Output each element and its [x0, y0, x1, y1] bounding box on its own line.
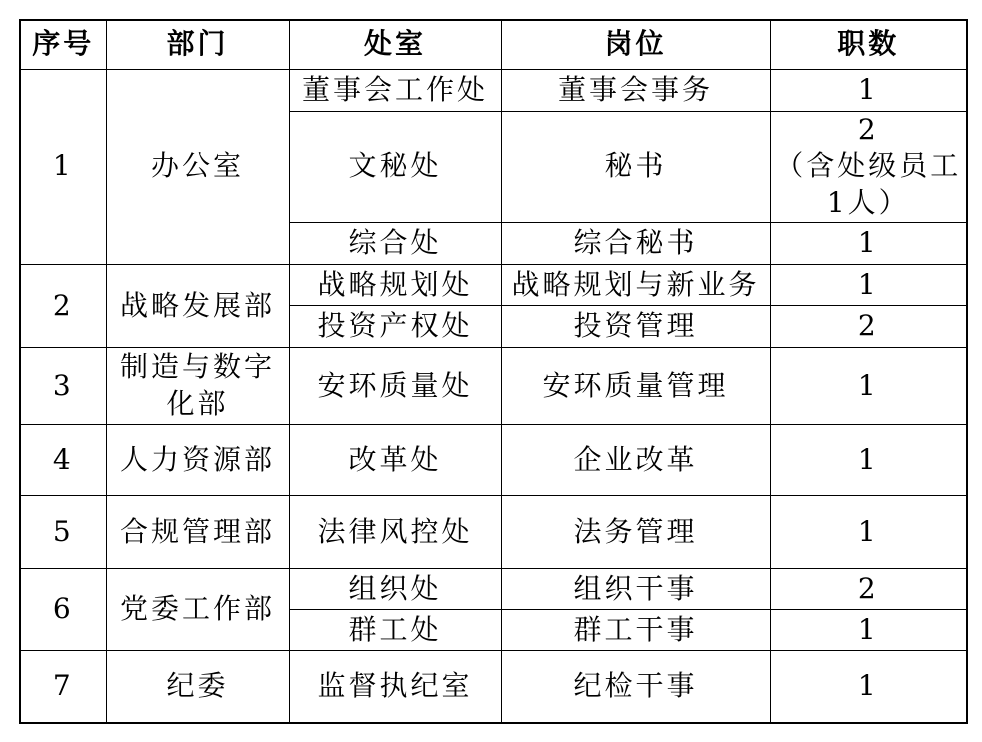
cell-department: 纪委 [106, 651, 289, 723]
cell-position: 企业改革 [501, 425, 770, 496]
table-row: 7 纪委 监督执纪室 纪检干事 1 [20, 651, 967, 723]
cell-no: 7 [20, 651, 106, 723]
cell-position: 组织干事 [501, 569, 770, 610]
staffing-table: 序号 部门 处室 岗位 职数 1 办公室 董事会工作处 董事会事务 1 文秘处 … [19, 19, 968, 724]
cell-no: 4 [20, 425, 106, 496]
cell-count: 1 [770, 348, 967, 425]
cell-no: 2 [20, 265, 106, 348]
header-cell-department: 部门 [106, 20, 289, 69]
table-row: 1 办公室 董事会工作处 董事会事务 1 [20, 69, 967, 111]
cell-count: 1 [770, 651, 967, 723]
cell-office: 法律风控处 [289, 496, 501, 569]
cell-count: 2 [770, 569, 967, 610]
cell-position: 董事会事务 [501, 69, 770, 111]
table-row: 3 制造与数字化部 安环质量处 安环质量管理 1 [20, 348, 967, 425]
cell-department: 制造与数字化部 [106, 348, 289, 425]
table-row: 2 战略发展部 战略规划处 战略规划与新业务 1 [20, 265, 967, 306]
document-page: 序号 部门 处室 岗位 职数 1 办公室 董事会工作处 董事会事务 1 文秘处 … [19, 19, 968, 724]
cell-office: 董事会工作处 [289, 69, 501, 111]
header-row: 序号 部门 处室 岗位 职数 [20, 20, 967, 69]
header-cell-office: 处室 [289, 20, 501, 69]
cell-count: 1 [770, 69, 967, 111]
cell-no: 3 [20, 348, 106, 425]
header-cell-no: 序号 [20, 20, 106, 69]
cell-no: 6 [20, 569, 106, 651]
cell-position: 投资管理 [501, 306, 770, 348]
cell-count: 2 （含处级员工 1人） [770, 111, 967, 223]
cell-department: 合规管理部 [106, 496, 289, 569]
cell-no: 5 [20, 496, 106, 569]
cell-department: 人力资源部 [106, 425, 289, 496]
cell-department: 党委工作部 [106, 569, 289, 651]
cell-department: 战略发展部 [106, 265, 289, 348]
table-row: 4 人力资源部 改革处 企业改革 1 [20, 425, 967, 496]
cell-count: 2 [770, 306, 967, 348]
cell-office: 群工处 [289, 610, 501, 651]
table-row: 5 合规管理部 法律风控处 法务管理 1 [20, 496, 967, 569]
cell-office: 文秘处 [289, 111, 501, 223]
header-cell-count: 职数 [770, 20, 967, 69]
cell-count: 1 [770, 496, 967, 569]
cell-count: 1 [770, 223, 967, 265]
cell-position: 综合秘书 [501, 223, 770, 265]
cell-count: 1 [770, 610, 967, 651]
cell-no: 1 [20, 69, 106, 265]
cell-position: 安环质量管理 [501, 348, 770, 425]
cell-count: 1 [770, 265, 967, 306]
cell-office: 改革处 [289, 425, 501, 496]
cell-office: 综合处 [289, 223, 501, 265]
cell-office: 组织处 [289, 569, 501, 610]
header-cell-position: 岗位 [501, 20, 770, 69]
cell-position: 战略规划与新业务 [501, 265, 770, 306]
cell-position: 法务管理 [501, 496, 770, 569]
cell-office: 战略规划处 [289, 265, 501, 306]
cell-position: 纪检干事 [501, 651, 770, 723]
cell-position: 秘书 [501, 111, 770, 223]
table-row: 6 党委工作部 组织处 组织干事 2 [20, 569, 967, 610]
cell-count: 1 [770, 425, 967, 496]
cell-department: 办公室 [106, 69, 289, 265]
cell-office: 投资产权处 [289, 306, 501, 348]
cell-position: 群工干事 [501, 610, 770, 651]
cell-office: 安环质量处 [289, 348, 501, 425]
cell-office: 监督执纪室 [289, 651, 501, 723]
